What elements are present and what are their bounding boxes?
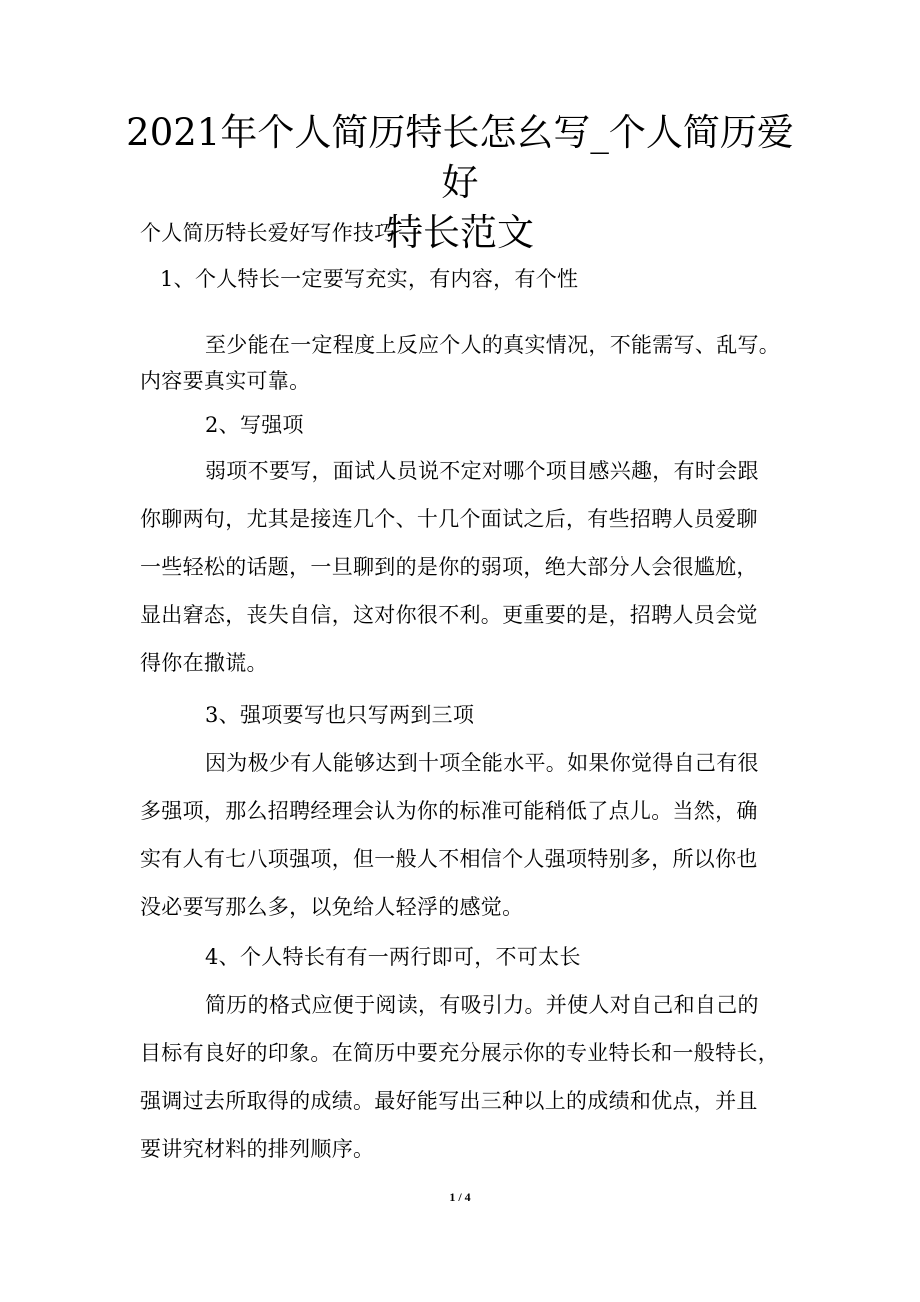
paragraph-line: 得你在撒谎。 [140, 648, 268, 678]
page-number: 1 / 4 [0, 1190, 920, 1205]
title-line-1: 2021年个人简历特长怎幺写_个人简历爱好 [126, 111, 794, 204]
paragraph-line: 1、个人特长一定要写充实，有内容，有个性 [160, 264, 578, 294]
document-page: 2021年个人简历特长怎幺写_个人简历爱好 特长范文 个人简历特长爱好写作技巧 … [0, 0, 920, 1302]
paragraph-line: 实有人有七八项强项，但一般人不相信个人强项特别多，所以你也 [140, 844, 758, 874]
title-line-2: 特长范文 [386, 211, 534, 254]
paragraph-line: 显出窘态，丧失自信，这对你很不利。更重要的是，招聘人员会觉 [140, 600, 758, 630]
paragraph-line: 目标有良好的印象。在简历中要充分展示你的专业特长和一般特长， [140, 1038, 779, 1068]
paragraph-line: 4、个人特长有有一两行即可，不可太长 [205, 942, 581, 972]
section-heading: 个人简历特长爱好写作技巧 [140, 218, 396, 248]
paragraph-line: 内容要真实可靠。 [140, 366, 310, 396]
paragraph-line: 因为极少有人能够达到十项全能水平。如果你觉得自己有很 [205, 748, 759, 778]
paragraph-line: 强调过去所取得的成绩。最好能写出三种以上的成绩和优点，并且 [140, 1086, 758, 1116]
paragraph-line: 2、写强项 [205, 410, 304, 440]
paragraph-line: 没必要写那么多，以免给人轻浮的感觉。 [140, 892, 523, 922]
paragraph-line: 要讲究材料的排列顺序。 [140, 1134, 374, 1164]
paragraph-line: 你聊两句，尤其是接连几个、十几个面试之后，有些招聘人员爱聊 [140, 504, 758, 534]
paragraph-line: 一些轻松的话题，一旦聊到的是你的弱项，绝大部分人会很尴尬， [140, 552, 758, 582]
paragraph-line: 简历的格式应便于阅读，有吸引力。并使人对自己和自己的 [205, 990, 759, 1020]
paragraph-line: 3、强项要写也只写两到三项 [205, 700, 474, 730]
paragraph-line: 弱项不要写，面试人员说不定对哪个项目感兴趣，有时会跟 [205, 456, 759, 486]
paragraph-line: 至少能在一定程度上反应个人的真实情况，不能需写、乱写。 [205, 330, 780, 360]
paragraph-line: 多强项，那么招聘经理会认为你的标准可能稍低了点儿。当然，确 [140, 796, 758, 826]
